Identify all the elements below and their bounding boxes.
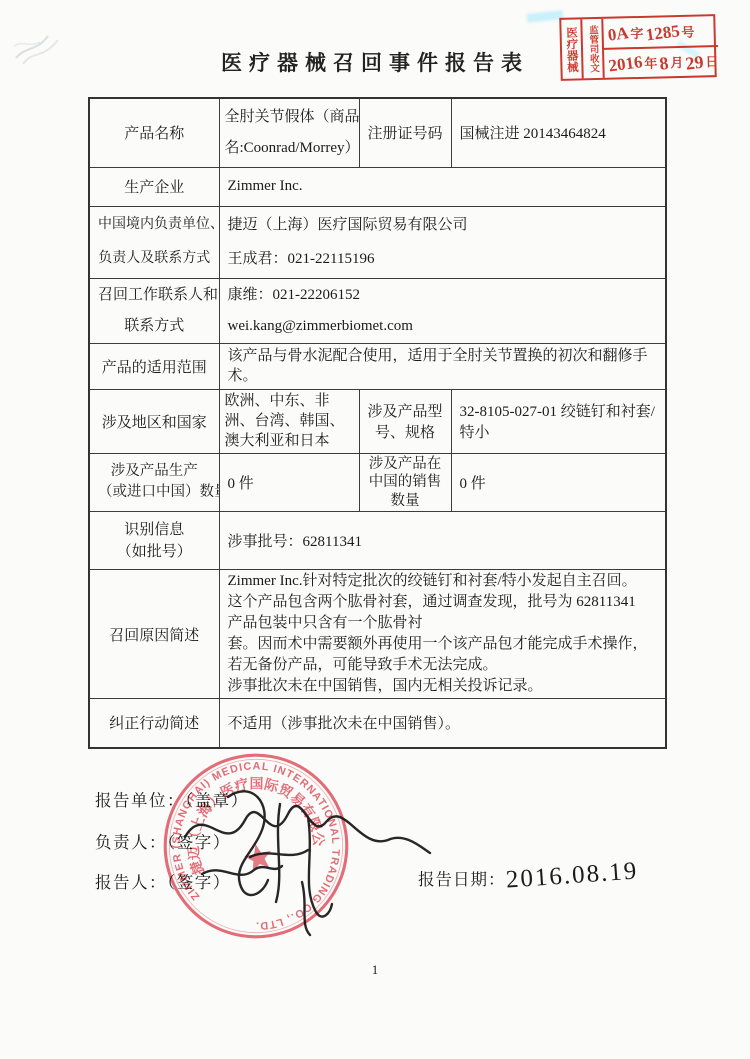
cell-model-value: 32-8105-027-01 绞链钉和衬套/特小: [451, 389, 666, 453]
cell-manufacturer-value: Zimmer Inc.: [219, 167, 666, 206]
recall-report-table: 产品名称 全肘关节假体（商品 名:Coonrad/Morrey） 注册证号码 国…: [88, 97, 667, 749]
cell-quantity-label: 涉及产品生产 （或进口中国）数量: [89, 453, 219, 512]
signature-scribble: [130, 762, 480, 947]
cell-corrective-label: 纠正行动简述: [89, 699, 219, 748]
cell-registration-label: 注册证号码: [359, 98, 451, 167]
cell-recall-contact-label: 召回工作联系人和 联系方式: [89, 278, 219, 343]
cell-product-value: 全肘关节假体（商品 名:Coonrad/Morrey）: [219, 98, 359, 167]
cell-sales-label: 涉及产品在中国的销售数量: [359, 453, 451, 512]
serial-suffix: 号: [681, 21, 694, 40]
row-corrective-action: 纠正行动简述 不适用（涉事批次未在中国销售）。: [89, 699, 666, 748]
cell-model-label: 涉及产品型号、规格: [359, 389, 451, 453]
page-number: 1: [0, 962, 750, 978]
row-recall-contact: 召回工作联系人和 联系方式 康维：021-22206152 wei.kang@z…: [89, 278, 666, 343]
cell-identification-label: 识别信息 （如批号）: [89, 512, 219, 570]
cell-sales-value: 0 件: [451, 453, 666, 512]
row-manufacturer: 生产企业 Zimmer Inc.: [89, 167, 666, 206]
cell-china-agent-label: 中国境内负责单位、 负责人及联系方式: [89, 206, 219, 278]
cell-regions-value: 欧洲、中东、非洲、台湾、韩国、澳大利亚和日本: [219, 389, 359, 453]
receipt-stamp-serial-line: 0A 字1285号: [603, 16, 718, 49]
cell-manufacturer-label: 生产企业: [89, 167, 219, 206]
row-product: 产品名称 全肘关节假体（商品 名:Coonrad/Morrey） 注册证号码 国…: [89, 98, 666, 167]
row-quantity: 涉及产品生产 （或进口中国）数量 0 件 涉及产品在中国的销售数量 0 件: [89, 453, 666, 512]
cell-quantity-value: 0 件: [219, 453, 359, 512]
serial-char: 字: [630, 23, 643, 42]
cell-recall-reason-label: 召回原因简述: [89, 570, 219, 699]
cell-product-label: 产品名称: [89, 98, 219, 167]
cell-registration-value: 国械注进 20143464824: [451, 98, 666, 167]
cell-china-agent-value: 捷迈（上海）医疗国际贸易有限公司 王成君：021-22115196: [219, 206, 666, 278]
row-scope: 产品的适用范围 该产品与骨水泥配合使用，适用于全肘关节置换的初次和翻修手术。: [89, 343, 666, 389]
serial-number: 1285: [645, 22, 681, 43]
scanned-report-page: 医疗器械 监管司收文 0A 字1285号 2016年 8月29日 医疗器械召回事…: [0, 0, 750, 1059]
cell-recall-contact-value: 康维：021-22206152 wei.kang@zimmerbiomet.co…: [219, 278, 666, 343]
row-identification: 识别信息 （如批号） 涉事批号：62811341: [89, 512, 666, 570]
row-china-agent: 中国境内负责单位、 负责人及联系方式 捷迈（上海）医疗国际贸易有限公司 王成君：…: [89, 206, 666, 278]
row-recall-reason: 召回原因简述 Zimmer Inc.针对特定批次的绞链钉和衬套/特小发起自主召回…: [89, 570, 666, 699]
cell-recall-reason-value: Zimmer Inc.针对特定批次的绞链钉和衬套/特小发起自主召回。 这个产品包…: [219, 570, 666, 699]
cyan-smudge-artifact: [527, 10, 564, 23]
serial-handwritten: 0A: [607, 24, 630, 44]
cell-scope-value: 该产品与骨水泥配合使用，适用于全肘关节置换的初次和翻修手术。: [219, 343, 666, 389]
cell-regions-label: 涉及地区和国家: [89, 389, 219, 453]
page-title: 医疗器械召回事件报告表: [0, 47, 750, 77]
cell-identification-value: 涉事批号：62811341: [219, 512, 666, 570]
row-regions: 涉及地区和国家 欧洲、中东、非洲、台湾、韩国、澳大利亚和日本 涉及产品型号、规格…: [89, 389, 666, 453]
report-date-handwritten: 2016.08.19: [505, 857, 639, 894]
cell-scope-label: 产品的适用范围: [89, 343, 219, 389]
